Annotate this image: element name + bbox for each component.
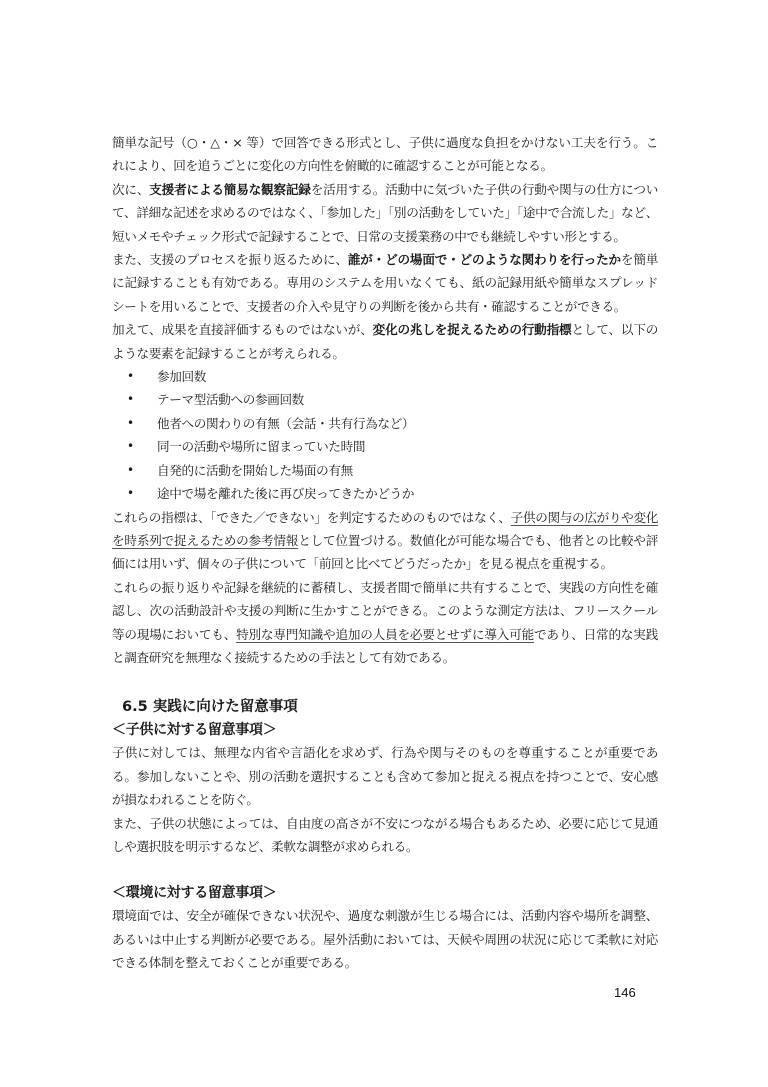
section-heading: 6.5 実践に向けた留意事項 — [112, 695, 658, 719]
text-run: 次に、 — [112, 182, 149, 197]
subsection-heading-environment: ＜環境に対する留意事項＞ — [112, 882, 658, 904]
paragraph-observation-record: 次に、支援者による簡易な観察記録を活用する。活動中に気づいた子供の行動や関与の仕… — [112, 178, 658, 248]
paragraph-environment-safety: 環境面では、安全が確保できない状況や、過度な刺激が生じる場合には、活動内容や場所… — [112, 904, 658, 974]
spacer — [112, 858, 658, 882]
paragraph-symbol-format: 簡単な記号（○・△・× 等）で回答できる形式とし、子供に過度な負担をかけない工夫… — [112, 131, 658, 178]
bullet-icon: • — [127, 412, 134, 435]
document-page: 簡単な記号（○・△・× 等）で回答できる形式とし、子供に過度な負担をかけない工夫… — [112, 131, 658, 975]
bullet-icon: • — [127, 482, 134, 505]
paragraph-indicator-purpose: これらの指標は、「できた／できない」を判定するためのものではなく、子供の関与の広… — [112, 506, 658, 576]
bold-emphasis: 誰が・どの場面で・どのような関わりを行ったか — [348, 252, 621, 267]
page-number: 146 — [614, 985, 636, 1000]
bullet-icon: • — [127, 459, 134, 482]
spacer — [112, 669, 658, 695]
text-run: また、支援のプロセスを振り返るために、 — [112, 252, 348, 267]
paragraph-behavior-indicators: 加えて、成果を直接評価するものではないが、変化の兆しを捉えるための行動指標として… — [112, 318, 658, 365]
list-item: •参加回数 — [112, 365, 658, 388]
list-item: •自発的に活動を開始した場面の有無 — [112, 459, 658, 482]
bullet-icon: • — [127, 435, 134, 458]
bullet-icon: • — [127, 365, 134, 388]
paragraph-children-respect: 子供に対しては、無理な内省や言語化を求めず、行為や関与そのものを尊重することが重… — [112, 741, 658, 811]
list-item: •同一の活動や場所に留まっていた時間 — [112, 435, 658, 458]
list-item-text: 同一の活動や場所に留まっていた時間 — [157, 439, 365, 454]
text-run: これらの指標は、「できた／できない」を判定するためのものではなく、 — [112, 510, 511, 525]
list-item-text: 途中で場を離れた後に再び戻ってきたかどうか — [157, 486, 414, 501]
bold-emphasis: 支援者による簡易な観察記録 — [149, 182, 310, 197]
subsection-heading-children: ＜子供に対する留意事項＞ — [112, 719, 658, 741]
paragraph-process-record: また、支援のプロセスを振り返るために、誰が・どの場面で・どのような関わりを行った… — [112, 248, 658, 318]
list-item: •テーマ型活動への参画回数 — [112, 388, 658, 411]
paragraph-children-adjustment: また、子供の状態によっては、自由度の高さが不安につながる場合もあるため、必要に応… — [112, 812, 658, 859]
paragraph-text: 簡単な記号（○・△・× 等）で回答できる形式とし、子供に過度な負担をかけない工夫… — [112, 135, 658, 173]
text-run: 加えて、成果を直接評価するものではないが、 — [112, 322, 373, 337]
list-item-text: 参加回数 — [157, 369, 206, 384]
list-item: •途中で場を離れた後に再び戻ってきたかどうか — [112, 482, 658, 505]
bold-emphasis: 変化の兆しを捉えるための行動指標 — [373, 322, 572, 337]
paragraph-continuous-accumulation: これらの振り返りや記録を継続的に蓄積し、支援者間で簡単に共有することで、実践の方… — [112, 576, 658, 670]
underlined-emphasis: 特別な専門知識や追加の人員を必要とせずに導入可能 — [236, 627, 534, 642]
indicator-list: •参加回数 •テーマ型活動への参画回数 •他者への関わりの有無（会話・共有行為な… — [112, 365, 658, 505]
bullet-icon: • — [127, 388, 134, 411]
list-item: •他者への関わりの有無（会話・共有行為など） — [112, 412, 658, 435]
list-item-text: 自発的に活動を開始した場面の有無 — [157, 463, 353, 478]
list-item-text: テーマ型活動への参画回数 — [157, 392, 304, 407]
list-item-text: 他者への関わりの有無（会話・共有行為など） — [157, 416, 414, 431]
